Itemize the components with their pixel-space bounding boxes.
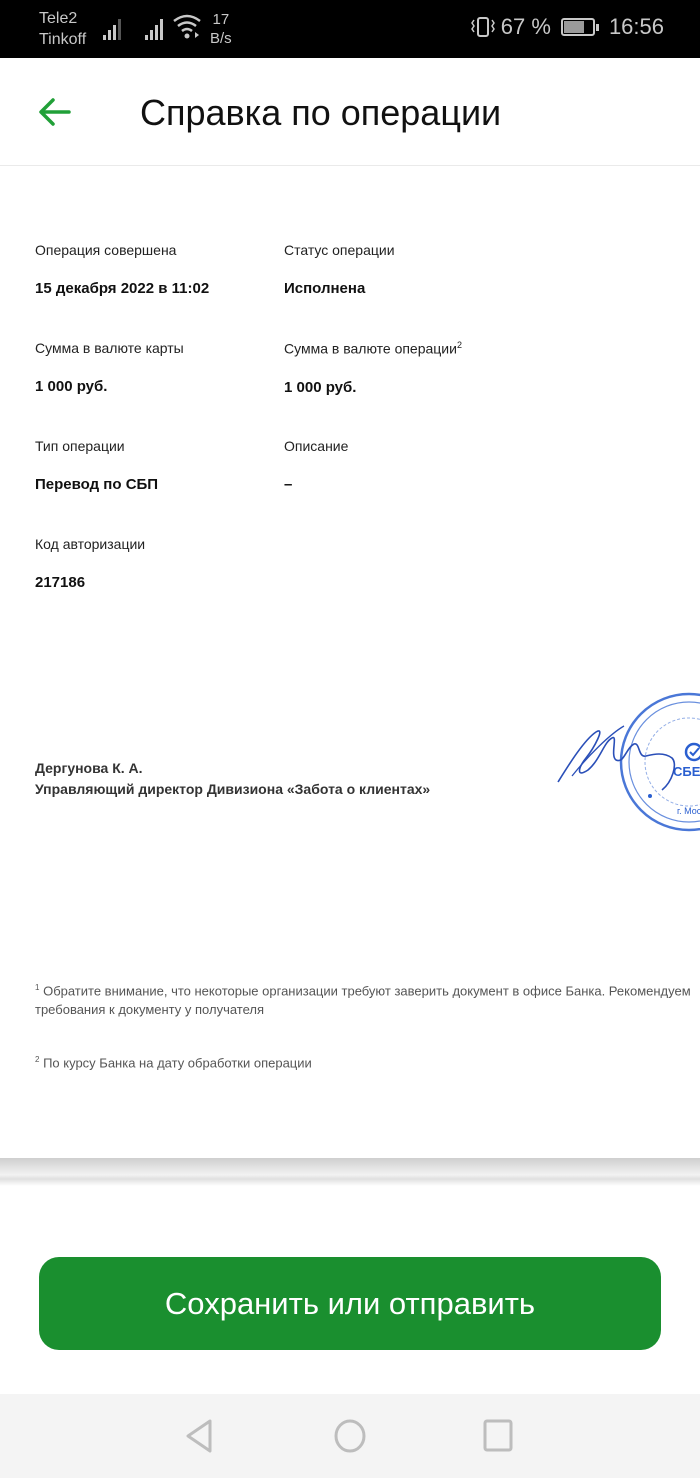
page-title: Справка по операции: [140, 92, 501, 134]
detail-operation-type: Тип операции Перевод по СБП: [35, 438, 275, 493]
svg-text:СБЕР: СБЕР: [673, 764, 700, 779]
detail-status: Статус операции Исполнена: [284, 242, 524, 297]
footnote-1: 1 Обратите внимание, что некоторые орган…: [35, 978, 691, 1019]
svg-text:г. Москва: г. Москва: [677, 806, 700, 816]
footnote-2: 2 По курсу Банка на дату обработки опера…: [35, 1050, 312, 1072]
bank-stamp-icon: СБЕР г. Москва: [554, 686, 700, 836]
battery-percent: 67 %: [501, 14, 551, 40]
wifi-icon: [172, 12, 202, 40]
signer-name: Дергунова К. А.: [35, 758, 430, 779]
detail-description: Описание –: [284, 438, 524, 493]
signer-position: Управляющий директор Дивизиона «Забота о…: [35, 779, 430, 800]
detail-auth-code: Код авторизации 217186: [35, 536, 275, 591]
app-bar: Справка по операции: [0, 58, 700, 166]
triangle-back-icon[interactable]: [184, 1418, 216, 1454]
battery-icon: [561, 18, 595, 36]
clock: 16:56: [609, 14, 664, 40]
vibrate-icon: [471, 16, 495, 38]
carrier-2: Tinkoff: [39, 29, 86, 50]
circle-home-icon[interactable]: [333, 1418, 367, 1454]
status-bar: Tele2 Tinkoff 17 B/s 67 % 16:56: [0, 0, 700, 58]
bottom-panel: Сохранить или отправить: [0, 1186, 700, 1394]
signal-2-icon: [145, 16, 163, 40]
carrier-names: Tele2 Tinkoff: [39, 8, 86, 50]
carrier-1: Tele2: [39, 8, 86, 29]
network-speed: 17 B/s: [210, 10, 232, 48]
detail-card-amount: Сумма в валюте карты 1 000 руб.: [35, 340, 275, 395]
arrow-left-icon[interactable]: [36, 94, 72, 130]
system-nav-bar: [0, 1394, 700, 1478]
detail-operation-date: Операция совершена 15 декабря 2022 в 11:…: [35, 242, 275, 297]
signer-block: Дергунова К. А. Управляющий директор Див…: [35, 758, 430, 800]
operation-certificate: Операция совершена 15 декабря 2022 в 11:…: [0, 166, 700, 1158]
signal-1-icon: [103, 16, 121, 40]
detail-operation-amount: Сумма в валюте операции2 1 000 руб.: [284, 340, 524, 396]
save-or-send-button[interactable]: Сохранить или отправить: [39, 1257, 661, 1350]
square-recents-icon[interactable]: [482, 1418, 514, 1454]
sheet-divider: [0, 1158, 700, 1186]
